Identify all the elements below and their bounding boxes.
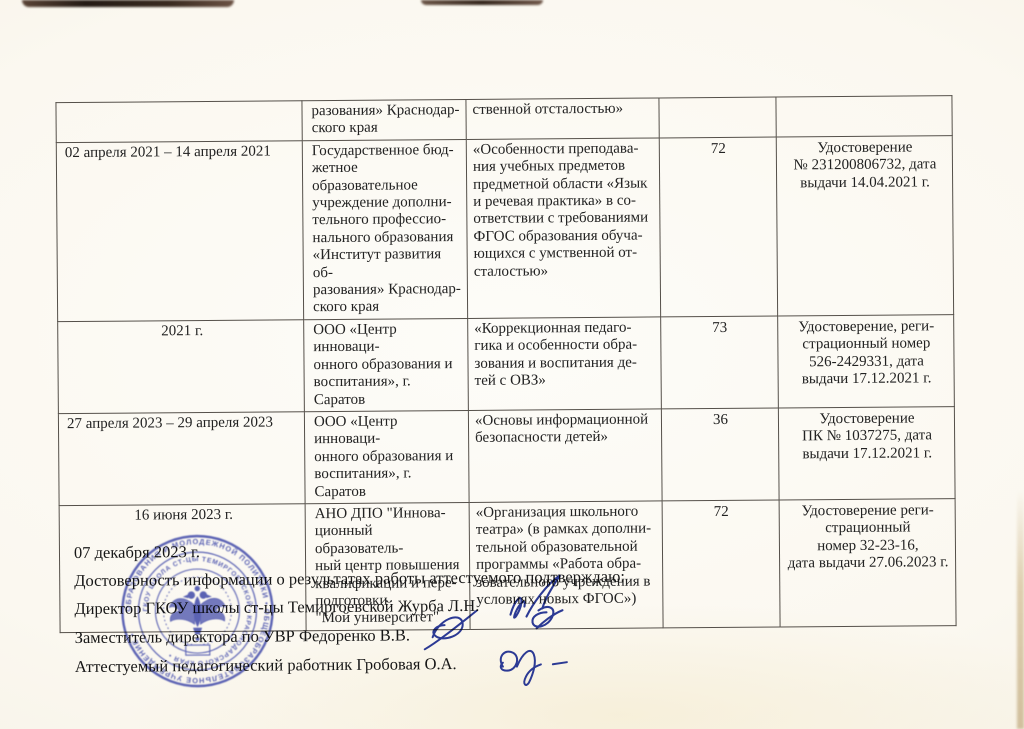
cell-hours bbox=[659, 97, 776, 138]
cell-certificate: Удостоверение ПК № 1037275, дата выдачи … bbox=[778, 407, 955, 500]
cell-period: 02 апреля 2021 – 14 апреля 2021 bbox=[56, 141, 303, 322]
cell-hours: 72 bbox=[662, 500, 780, 628]
cell-hours: 73 bbox=[661, 316, 779, 409]
cell-institution: ООО «Центр инноваци- онного образования … bbox=[304, 410, 469, 503]
deputy-signature bbox=[420, 603, 482, 655]
cell-certificate: Удостоверение, реги- страционный номер 5… bbox=[778, 315, 955, 408]
cell-certificate: Удостоверение реги- страционный номер 32… bbox=[779, 499, 956, 627]
cell-institution: ООО «Центр инноваци- онного образования … bbox=[304, 318, 469, 411]
cell-period: 27 апреля 2023 – 29 апреля 2023 bbox=[58, 412, 305, 506]
table-row: 27 апреля 2023 – 29 апреля 2023 ООО «Цен… bbox=[58, 407, 955, 506]
cell-course: «Основы информационной безопасности дете… bbox=[468, 409, 662, 503]
cell-institution: разования» Краснодар- ского края bbox=[302, 99, 466, 140]
teacher-signature bbox=[489, 640, 575, 689]
cell-certificate bbox=[776, 96, 952, 137]
cell-certificate: Удостоверение № 231200806732, дата выдач… bbox=[776, 135, 953, 315]
cell-period bbox=[56, 101, 302, 143]
cell-course: «Коррекционная педаго- гика и особенност… bbox=[468, 317, 662, 411]
director-signature bbox=[502, 570, 581, 635]
table-row: 2021 г. ООО «Центр инноваци- онного обра… bbox=[58, 315, 955, 414]
table-row: 02 апреля 2021 – 14 апреля 2021 Государс… bbox=[56, 135, 953, 321]
cell-hours: 72 bbox=[659, 137, 777, 317]
cell-institution: Государственное бюд- жетное образователь… bbox=[302, 139, 467, 319]
cell-period: 2021 г. bbox=[58, 320, 305, 414]
cell-hours: 36 bbox=[661, 408, 779, 501]
cell-course: ственной отсталостью» bbox=[466, 98, 659, 139]
table-row: разования» Краснодар- ского края ственно… bbox=[56, 96, 952, 143]
official-round-stamp: ОБРАЗОВАНИЯ И МОЛОДЕЖНОЙ ПОЛИТИКИ • ОБЩЕ… bbox=[117, 530, 278, 691]
cell-course: «Особенности преподава- ния учебных пред… bbox=[466, 138, 660, 319]
double-headed-eagle-icon bbox=[169, 586, 225, 641]
document-content: разования» Краснодар- ского края ственно… bbox=[0, 0, 1024, 729]
